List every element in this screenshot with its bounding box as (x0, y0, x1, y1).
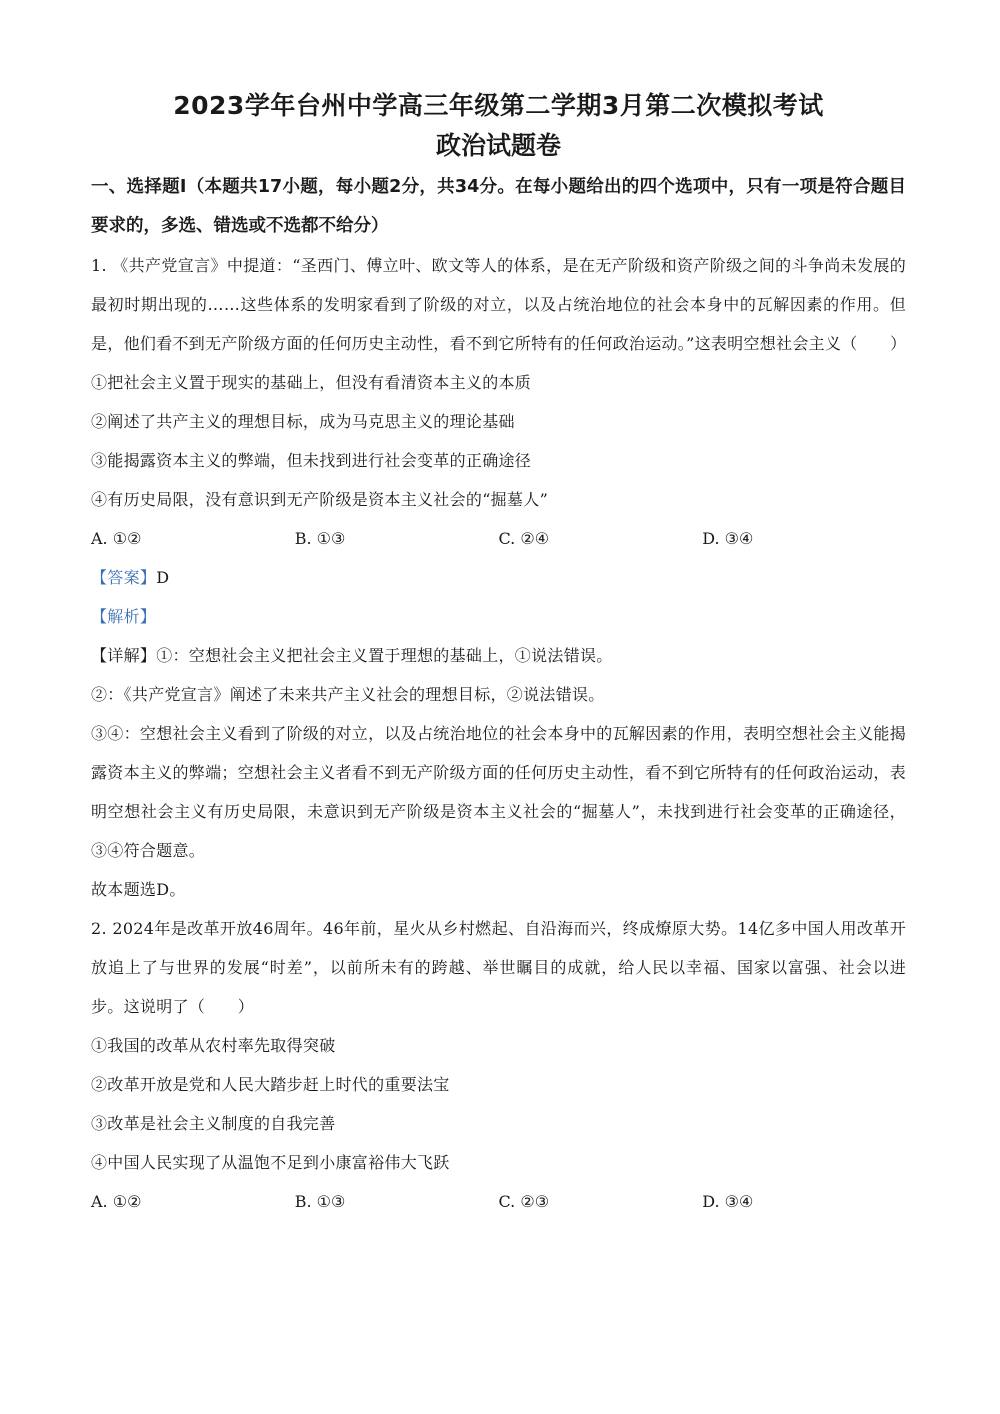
answer-value: D (156, 568, 169, 587)
answer-line: 【答案】D (91, 558, 906, 597)
analysis-line: 【解析】 (91, 597, 906, 636)
detail-line-2: ②：《共产党宣言》阐述了未来共产主义社会的理想目标，②说法错误。 (91, 675, 906, 714)
question-stem: 1. 《共产党宣言》中提道：“圣西门、傅立叶、欧文等人的体系，是在无产阶级和资产… (91, 246, 906, 363)
choice-d: D. ③④ (702, 1182, 906, 1221)
statement-1: ①我国的改革从农村率先取得突破 (91, 1026, 906, 1065)
statement-2: ②改革开放是党和人民大踏步赶上时代的重要法宝 (91, 1065, 906, 1104)
answer-choices: A. ①② B. ①③ C. ②③ D. ③④ (91, 1182, 906, 1221)
statement-3: ③能揭露资本主义的弊端，但未找到进行社会变革的正确途径 (91, 441, 906, 480)
question-1: 1. 《共产党宣言》中提道：“圣西门、傅立叶、欧文等人的体系，是在无产阶级和资产… (91, 246, 906, 909)
choice-a: A. ①② (91, 1182, 295, 1221)
detail-tag: 【详解】 (91, 646, 156, 665)
choice-c: C. ②③ (499, 1182, 703, 1221)
choice-b: B. ①③ (295, 1182, 499, 1221)
statement-4: ④中国人民实现了从温饱不足到小康富裕伟大飞跃 (91, 1143, 906, 1182)
exam-title: 2023学年台州中学高三年级第二学期3月第二次模拟考试 (91, 88, 906, 124)
question-stem: 2. 2024年是改革开放46周年。46年前，星火从乡村燃起、自沿海而兴，终成燎… (91, 909, 906, 1026)
statement-2: ②阐述了共产主义的理想目标，成为马克思主义的理论基础 (91, 402, 906, 441)
detail-text-1: ①：空想社会主义把社会主义置于理想的基础上，①说法错误。 (156, 646, 612, 665)
section-heading: 一、选择题Ⅰ（本题共17小题，每小题2分，共34分。在每小题给出的四个选项中，只… (91, 168, 906, 246)
statement-3: ③改革是社会主义制度的自我完善 (91, 1104, 906, 1143)
exam-subtitle: 政治试题卷 (91, 128, 906, 164)
detail-conclusion: 故本题选D。 (91, 870, 906, 909)
exam-page: 2023学年台州中学高三年级第二学期3月第二次模拟考试 政治试题卷 一、选择题Ⅰ… (91, 88, 906, 1221)
choice-c: C. ②④ (499, 519, 703, 558)
statement-4: ④有历史局限，没有意识到无产阶级是资本主义社会的“掘墓人” (91, 480, 906, 519)
answer-tag: 【答案】 (91, 568, 156, 587)
choice-b: B. ①③ (295, 519, 499, 558)
analysis-tag: 【解析】 (91, 607, 156, 626)
choice-a: A. ①② (91, 519, 295, 558)
detail-line-3: ③④：空想社会主义看到了阶级的对立，以及占统治地位的社会本身中的瓦解因素的作用，… (91, 714, 906, 870)
choice-d: D. ③④ (702, 519, 906, 558)
detail-line-1: 【详解】①：空想社会主义把社会主义置于理想的基础上，①说法错误。 (91, 636, 906, 675)
question-2: 2. 2024年是改革开放46周年。46年前，星火从乡村燃起、自沿海而兴，终成燎… (91, 909, 906, 1221)
answer-choices: A. ①② B. ①③ C. ②④ D. ③④ (91, 519, 906, 558)
statement-1: ①把社会主义置于现实的基础上，但没有看清资本主义的本质 (91, 363, 906, 402)
